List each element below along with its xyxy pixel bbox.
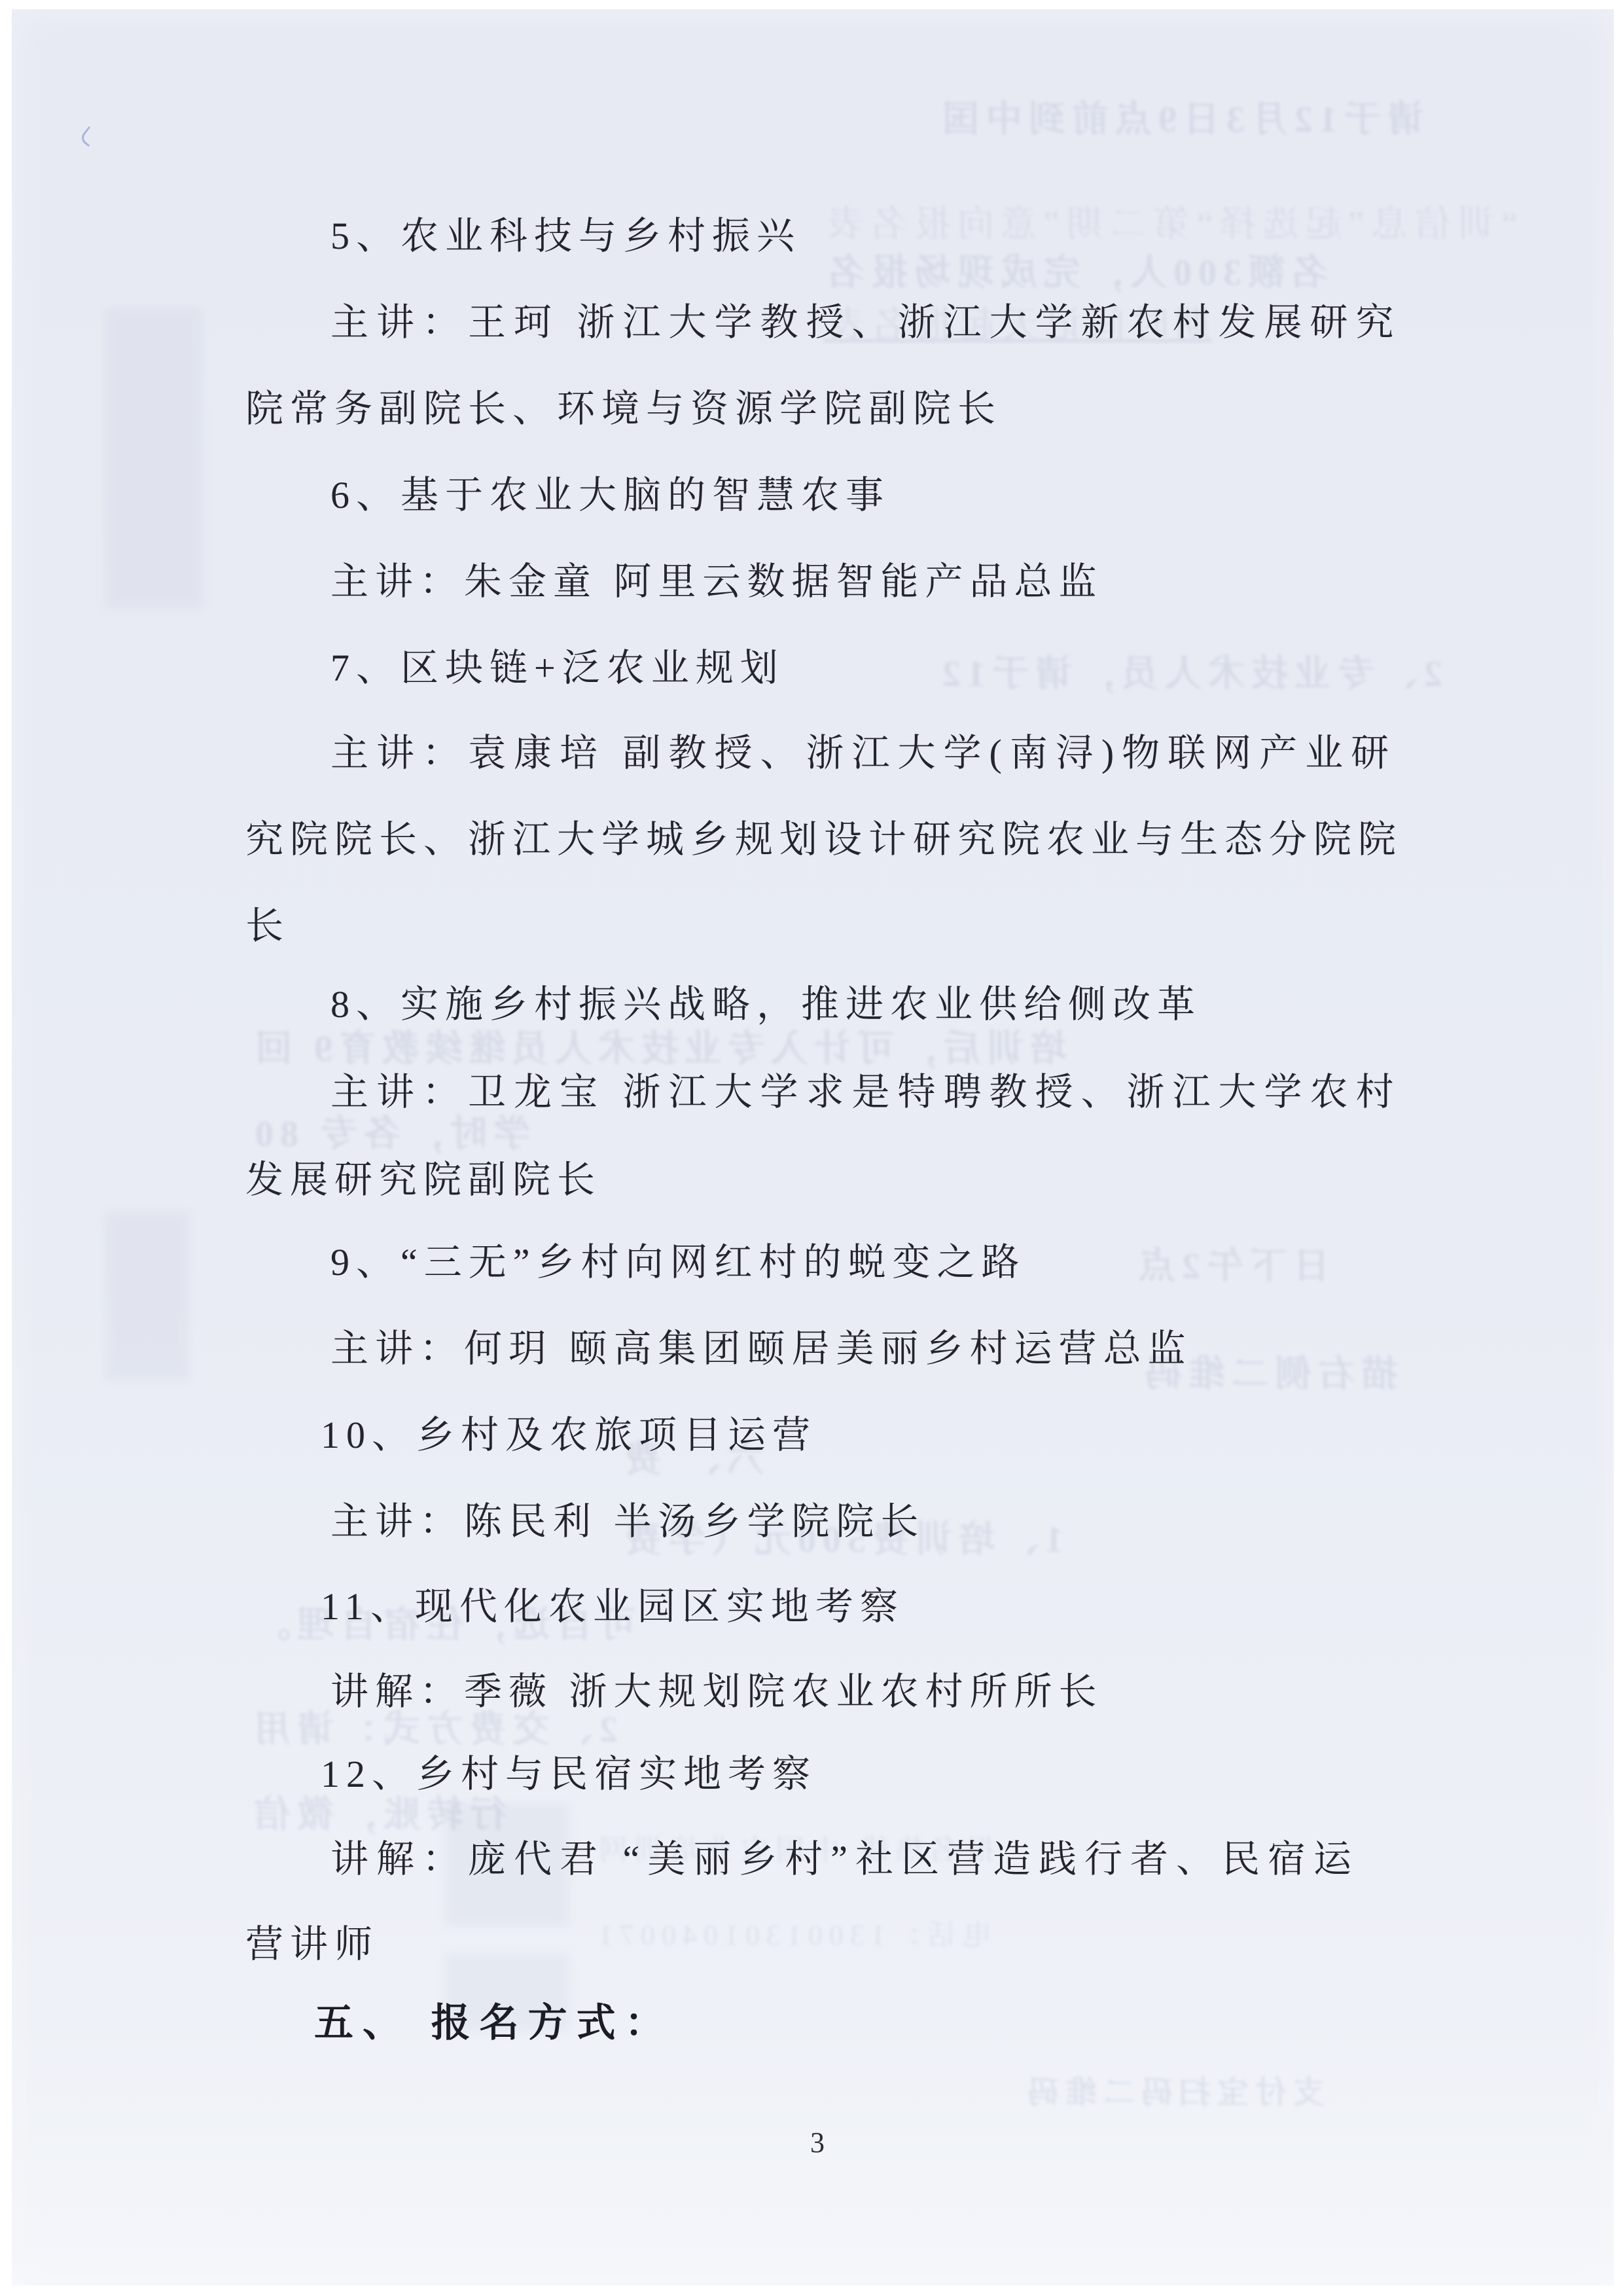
bleedthrough-text: 2、专业技术人员，请于12 (936, 645, 1442, 697)
bleedthrough-text: 电话：13001301040071 (592, 1911, 991, 1953)
item-5-speaker: 主讲：王珂 浙江大学教授、浙江大学新农村发展研究 (330, 301, 1402, 344)
item-11-guide: 讲解：季薇 浙大规划院农业农村所所长 (330, 1670, 1103, 1713)
item-7-title: 7、区块链+泛农业规划 (330, 647, 785, 690)
bleedthrough-block (105, 308, 203, 609)
item-5-speaker-cont: 院常务副院长、环境与资源学院副院长 (245, 387, 1002, 431)
bleedthrough-text: 日下午2点 (1132, 1237, 1330, 1289)
item-12-guide: 讲解：庞代君 “美丽乡村”社区营造践行者、民宿运 (330, 1838, 1359, 1881)
item-6-speaker: 主讲：朱金童 阿里云数据智能产品总监 (330, 560, 1103, 603)
item-8-speaker: 主讲：卫龙宝 浙江大学求是特聘教授、浙江大学农村 (330, 1071, 1402, 1114)
bleedthrough-text: 请于12月3日9点前到中国 (936, 90, 1424, 143)
item-7-speaker-cont: 究院院长、浙江大学城乡规划设计研究院农业与生态分院院 (245, 818, 1402, 861)
item-8-title: 8、实施乡村振兴战略，推进农业供给侧改革 (330, 983, 1202, 1026)
item-10-title: 10、乡村及农旅项目运营 (321, 1414, 817, 1457)
item-6-title: 6、基于农业大脑的智慧农事 (330, 474, 890, 517)
item-8-speaker-cont: 发展研究院副院长 (245, 1158, 601, 1202)
item-11-title: 11、现代化农业园区实地考察 (321, 1585, 904, 1628)
section-5-heading: 五、 报名方式： (314, 2001, 673, 2045)
bleedthrough-block (105, 1211, 190, 1381)
item-10-speaker: 主讲：陈民利 半汤乡学院院长 (330, 1500, 925, 1543)
bleedthrough-text: 支付宝扫码二维码 (1021, 2067, 1325, 2112)
page-number: 3 (810, 2126, 825, 2159)
item-5-title: 5、农业科技与乡村振兴 (330, 215, 801, 258)
scanned-document-page: { "document": { "footer": { "page_number… (0, 0, 1623, 2296)
bleedthrough-text: 名额300人，完成现场报名 (821, 243, 1328, 296)
item-7-speaker: 主讲：袁康培 副教授、浙江大学(南浔)物联网产业研 (330, 732, 1397, 775)
item-7-speaker-cont-2: 长 (245, 905, 290, 948)
item-9-speaker: 主讲：何玥 颐高集团颐居美丽乡村运营总监 (330, 1327, 1192, 1371)
item-9-title: 9、“三无”乡村向网红村的蜕变之路 (330, 1241, 1026, 1284)
item-12-guide-cont: 营讲师 (245, 1923, 379, 1966)
bleedthrough-text: 培训后，可计入专业技术人员继续教育9 回 (249, 1020, 1067, 1072)
item-12-title: 12、乡村与民宿实地考察 (321, 1753, 817, 1796)
bleedthrough-text: “训信息”起选择“第二期”意向报名表 (821, 195, 1517, 247)
